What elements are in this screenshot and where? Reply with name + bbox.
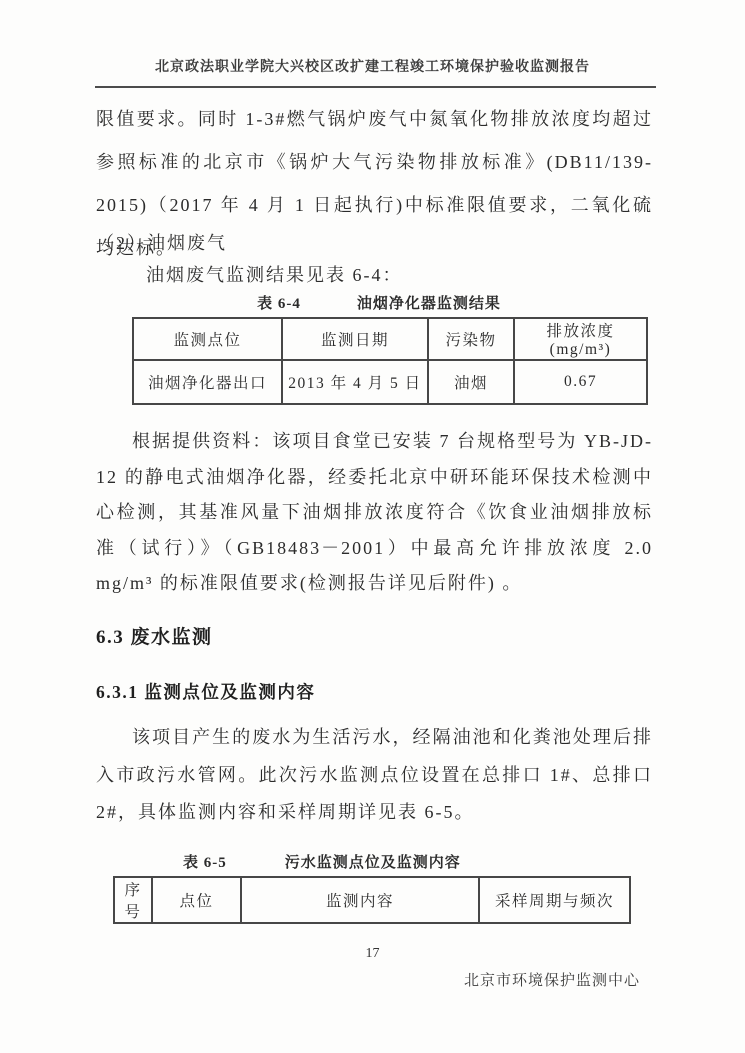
table-6-4-header-row: 监测点位 监测日期 污染物 排放浓度(mg/m³) [133,318,647,360]
table-6-5-caption: 表 6-5 污水监测点位及监测内容 [113,851,605,872]
paragraph-wastewater: 该项目产生的废水为生活污水，经隔油池和化粪池处理后排入市政污水管网。此次污水监测… [96,719,653,832]
section-heading-6-3-1: 6.3.1 监测点位及监测内容 [96,679,315,704]
header-cell-location: 点位 [152,877,241,923]
table-6-4-caption-title: 油烟净化器监测结果 [357,292,501,313]
cell-monitoring-date: 2013 年 4 月 5 日 [282,360,428,404]
header-title: 北京政法职业学院大兴校区改扩建工程竣工环境保护验收监测报告 [0,56,745,76]
paragraph-fume-purifier: 根据提供资料：该项目食堂已安装 7 台规格型号为 YB-JD-12 的静电式油烟… [96,424,653,602]
header-cell-emission-concentration: 排放浓度(mg/m³) [514,318,647,360]
table-row: 油烟净化器出口 2013 年 4 月 5 日 油烟 0.67 [133,360,647,404]
header-cell-monitoring-content: 监测内容 [241,877,479,923]
item-label-cooking-fume: （2）油烟废气 [96,229,227,255]
cell-monitoring-point: 油烟净化器出口 [133,360,282,404]
header-cell-monitoring-date: 监测日期 [282,318,428,360]
page-number: 17 [0,946,745,962]
table-6-4-caption-number: 表 6-4 [257,292,301,313]
table-6-4: 监测点位 监测日期 污染物 排放浓度(mg/m³) 油烟净化器出口 2013 年… [132,317,648,405]
header-rule [95,86,656,88]
header-cell-pollutant: 污染物 [428,318,514,360]
footer-organization: 北京市环境保护监测中心 [464,969,640,990]
document-page: 北京政法职业学院大兴校区改扩建工程竣工环境保护验收监测报告 限值要求。同时 1-… [0,0,745,1053]
table-6-5-caption-number: 表 6-5 [183,851,227,872]
table-6-5: 序号 点位 监测内容 采样周期与频次 [113,876,631,924]
table-6-5-header-row: 序号 点位 监测内容 采样周期与频次 [114,877,630,923]
header-cell-monitoring-point: 监测点位 [133,318,282,360]
header-cell-sampling-cycle: 采样周期与频次 [479,877,630,923]
table-6-4-caption: 表 6-4 油烟净化器监测结果 [132,292,626,313]
header-cell-serial-number: 序号 [114,877,152,923]
cell-pollutant: 油烟 [428,360,514,404]
table-6-4-intro: 油烟废气监测结果见表 6-4： [146,261,403,287]
section-heading-6-3: 6.3 废水监测 [96,622,213,649]
table-6-5-caption-title: 污水监测点位及监测内容 [285,851,461,872]
cell-emission-value: 0.67 [514,360,647,404]
